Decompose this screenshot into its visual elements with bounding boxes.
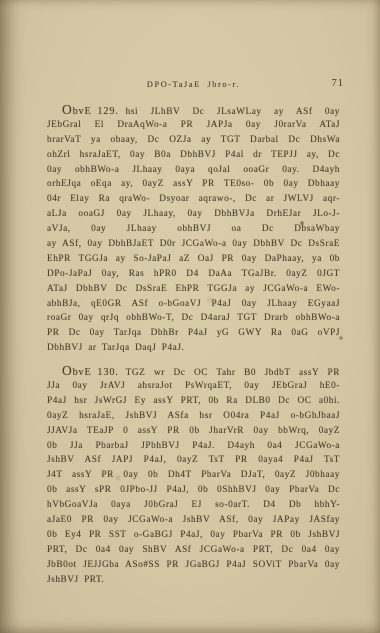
text-line: 0ayZ hsraJaE, JshBVJ ASfa hsr O04ra P4aJ…: [47, 409, 340, 424]
text-line: brarVaT ya obaay, Dc OZJa ay TGT Darbal …: [47, 133, 340, 148]
text-line: orhEJqa oEqa ay, 0ayZ assY PR TE0so- 0b …: [47, 177, 340, 192]
text-line: DPo-JaPaJ 0ay, Ras hPR0 D4 DaAa TGaJBr. …: [47, 267, 340, 282]
text-line: JshBVJ PRT.: [47, 573, 340, 588]
page-header: DPO-TaJaE Jbro-r. 71: [47, 80, 340, 94]
text-line: JJa 0ay JrAVJ ahsraJot PsWrqaET, 0ay JEb…: [47, 379, 340, 394]
scanned-book-page: DPO-TaJaE Jbro-r. 71 ObvE 129.hsi JLhBV …: [0, 0, 380, 633]
text-line: ATaJ DbhBV Dc DsSraE EhPR TGGJa ay JCGaW…: [47, 282, 340, 297]
text-line: 0b JJa PbarbaJ JPbhBVJ P4aJ. D4ayh 0a4 J…: [47, 439, 340, 454]
page-number: 71: [332, 78, 345, 89]
text-line: 0b assY sPR 0JPbo-JJ P4aJ, 0b 0ShhBVJ 0a…: [47, 483, 340, 498]
text-line: 0ay obhBWo-a JLhaay 0aya qoJal ooaGr 0ay…: [47, 163, 340, 178]
text-line-content: hsi JLhBV Dc JLsaWLay ay ASf 0ay: [126, 107, 340, 117]
text-line: aVJa, 0ay JLhaay obhBVJ oa Dc DbsaWbay: [47, 222, 340, 237]
text-line: ObvE 130.TGZ wr Dc OC Tahr B0 JbdbT assY…: [47, 364, 340, 379]
text-line: EhPR TGGJa ay So-JaPaJ aZ OaJ PR 0ay DaP…: [47, 252, 340, 267]
text-line: JJAVJa TEaJP 0 assY PR 0b JharVrR 0ay bb…: [47, 424, 340, 439]
text-line-content: TGZ wr Dc OC Tahr B0 JbdbT assY PR: [126, 368, 340, 378]
text-line: PRT, Dc 0a4 0ay ShBV ASf JCGaWo-a PRT, D…: [47, 543, 340, 558]
text-line: roaGr 0ay qrJq obhBWo-T, Dc D4araJ TGT D…: [47, 311, 340, 326]
text-line: aLJa ooaGJ 0ay JLhaay, 0ay DbhBVJa DrhEJ…: [47, 207, 340, 222]
text-line: 0b Ey4 PR SST o-GaBGJ P4aJ, 0ay PbarVa P…: [47, 528, 340, 543]
text-line: J4T assY PR 0ay 0b Dh4T PbarVa DJaT, 0ay…: [47, 468, 340, 483]
paragraph-number-label: ObvE 129.: [62, 103, 119, 118]
text-line: JEbGral El DraAqWo-a PR JAPJa 0ay J0rarV…: [47, 118, 340, 133]
text-line: P4aJ hsr JsWrGJ Ey assY PRT, 0b Ra DLB0 …: [47, 394, 340, 409]
running-header: DPO-TaJaE Jbro-r.: [47, 80, 340, 89]
text-line: JshBV ASf JAPJ P4aJ, 0ayZ TsT PR 0aya4 P…: [47, 453, 340, 468]
text-line: ay ASf, 0ay DbhBJaET D0r JCGaWo-a 0ay Db…: [47, 237, 340, 252]
text-line: abhBJa, qE0GR ASf o-bGoaVJ P4aJ 0ay JLha…: [47, 297, 340, 312]
text-line: PR Dc 0ay TarJqa DbhBr P4aJ yG GWY Ra 0a…: [47, 326, 340, 341]
paragraph-number-label: ObvE 130.: [62, 364, 119, 379]
paragraph-130: ObvE 130.TGZ wr Dc OC Tahr B0 JbdbT assY…: [47, 364, 340, 587]
text-line: DbhBVJ ar TarJqa DaqJ P4aJ.: [47, 341, 340, 356]
text-line: aJaE0 PR 0ay JCGaWo-a JshBV ASf, 0ay JAP…: [47, 513, 340, 528]
text-line: ObvE 129.hsi JLhBV Dc JLsaWLay ay ASf 0a…: [47, 103, 340, 118]
paragraph-129: ObvE 129.hsi JLhBV Dc JLsaWLay ay ASf 0a…: [47, 103, 340, 356]
text-line: 04r Elay Ra qraWo- Dsyoar aqrawo-, Dc ar…: [47, 192, 340, 207]
text-line: ohZrl hsraJaET, 0ay B0a DbhBVJ P4al dr T…: [47, 148, 340, 163]
text-line: hVbGoaVJa 0aya J0bGraJ EJ so-0arT. D4 Db…: [47, 498, 340, 513]
text-block: DPO-TaJaE Jbro-r. 71 ObvE 129.hsi JLhBV …: [47, 80, 340, 588]
text-line: JbB0ot JEJJGba ASo#SS PR JGaBGJ P4aJ SOV…: [47, 558, 340, 573]
